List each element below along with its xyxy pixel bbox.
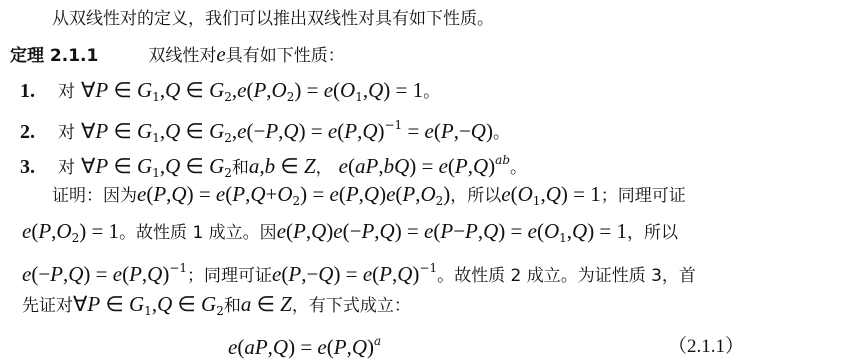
proof-text: 证明：因为 — [52, 186, 137, 206]
intro-text: 从双线性对的定义，我们可以推出双线性对具有如下性质。 — [52, 9, 494, 29]
property-prefix: 对 — [58, 82, 75, 102]
proof-line-1: 证明：因为e(P,Q) = e(P,Q+O2) = e(P,Q)e(P,O2)，… — [52, 182, 686, 213]
proof-text: 。故性质 1 成立。因 — [119, 223, 277, 243]
theorem-label: 定理 2.1.1 — [10, 46, 98, 66]
theorem-statement-var: e — [216, 42, 225, 66]
proof-text: ；同理可证 — [187, 266, 272, 286]
display-equation: e(aP,Q) = e(P,Q)a — [228, 329, 381, 360]
property-sep: ， — [316, 158, 333, 178]
proof-text: 先证对 — [22, 296, 73, 316]
theorem-statement-post: 具有如下性质： — [226, 46, 345, 66]
property-number: 1. — [20, 79, 58, 103]
proof-text: ，所以 — [450, 186, 501, 206]
property-prefix: 对 — [58, 158, 75, 178]
property-1: 1.对 ∀P ∈ G1,Q ∈ G2,e(P,O2) = e(O1,Q) = 1… — [20, 78, 440, 109]
property-number: 2. — [20, 120, 58, 144]
proof-text: 和 — [224, 296, 241, 316]
property-mid: 和 — [232, 158, 249, 178]
proof-text: ，所以 — [627, 223, 678, 243]
property-prefix: 对 — [58, 123, 75, 143]
proof-text: ，有下式成立： — [292, 296, 411, 316]
proof-text: 。故性质 2 成立。为证性质 3，首 — [437, 266, 696, 286]
property-number: 3. — [20, 155, 58, 179]
theorem-statement-pre: 双线性对 — [148, 46, 216, 66]
property-suffix: 。 — [510, 158, 527, 178]
proof-line-4: 先证对∀P ∈ G1,Q ∈ G2和a ∈ Z，有下式成立： — [22, 292, 411, 323]
equation-number: （2.1.1） — [668, 331, 744, 358]
proof-line-3: e(−P,Q) = e(P,Q)−1；同理可证e(P,−Q) = e(P,Q)−… — [22, 256, 696, 288]
proof-line-2: e(P,O2) = 1。故性质 1 成立。因e(P,Q)e(−P,Q) = e(… — [22, 219, 678, 250]
property-2: 2.对 ∀P ∈ G1,Q ∈ G2,e(−P,Q) = e(P,Q)−1 = … — [20, 113, 510, 150]
intro-paragraph: 从双线性对的定义，我们可以推出双线性对具有如下性质。 — [52, 6, 494, 31]
property-3: 3.对 ∀P ∈ G1,Q ∈ G2和a,b ∈ Z， e(aP,bQ) = e… — [20, 148, 527, 185]
property-suffix: 。 — [423, 82, 440, 102]
theorem-heading: 定理 2.1.1 双线性对e具有如下性质： — [10, 42, 345, 68]
property-suffix: 。 — [493, 123, 510, 143]
proof-text: ；同理可证 — [601, 186, 686, 206]
